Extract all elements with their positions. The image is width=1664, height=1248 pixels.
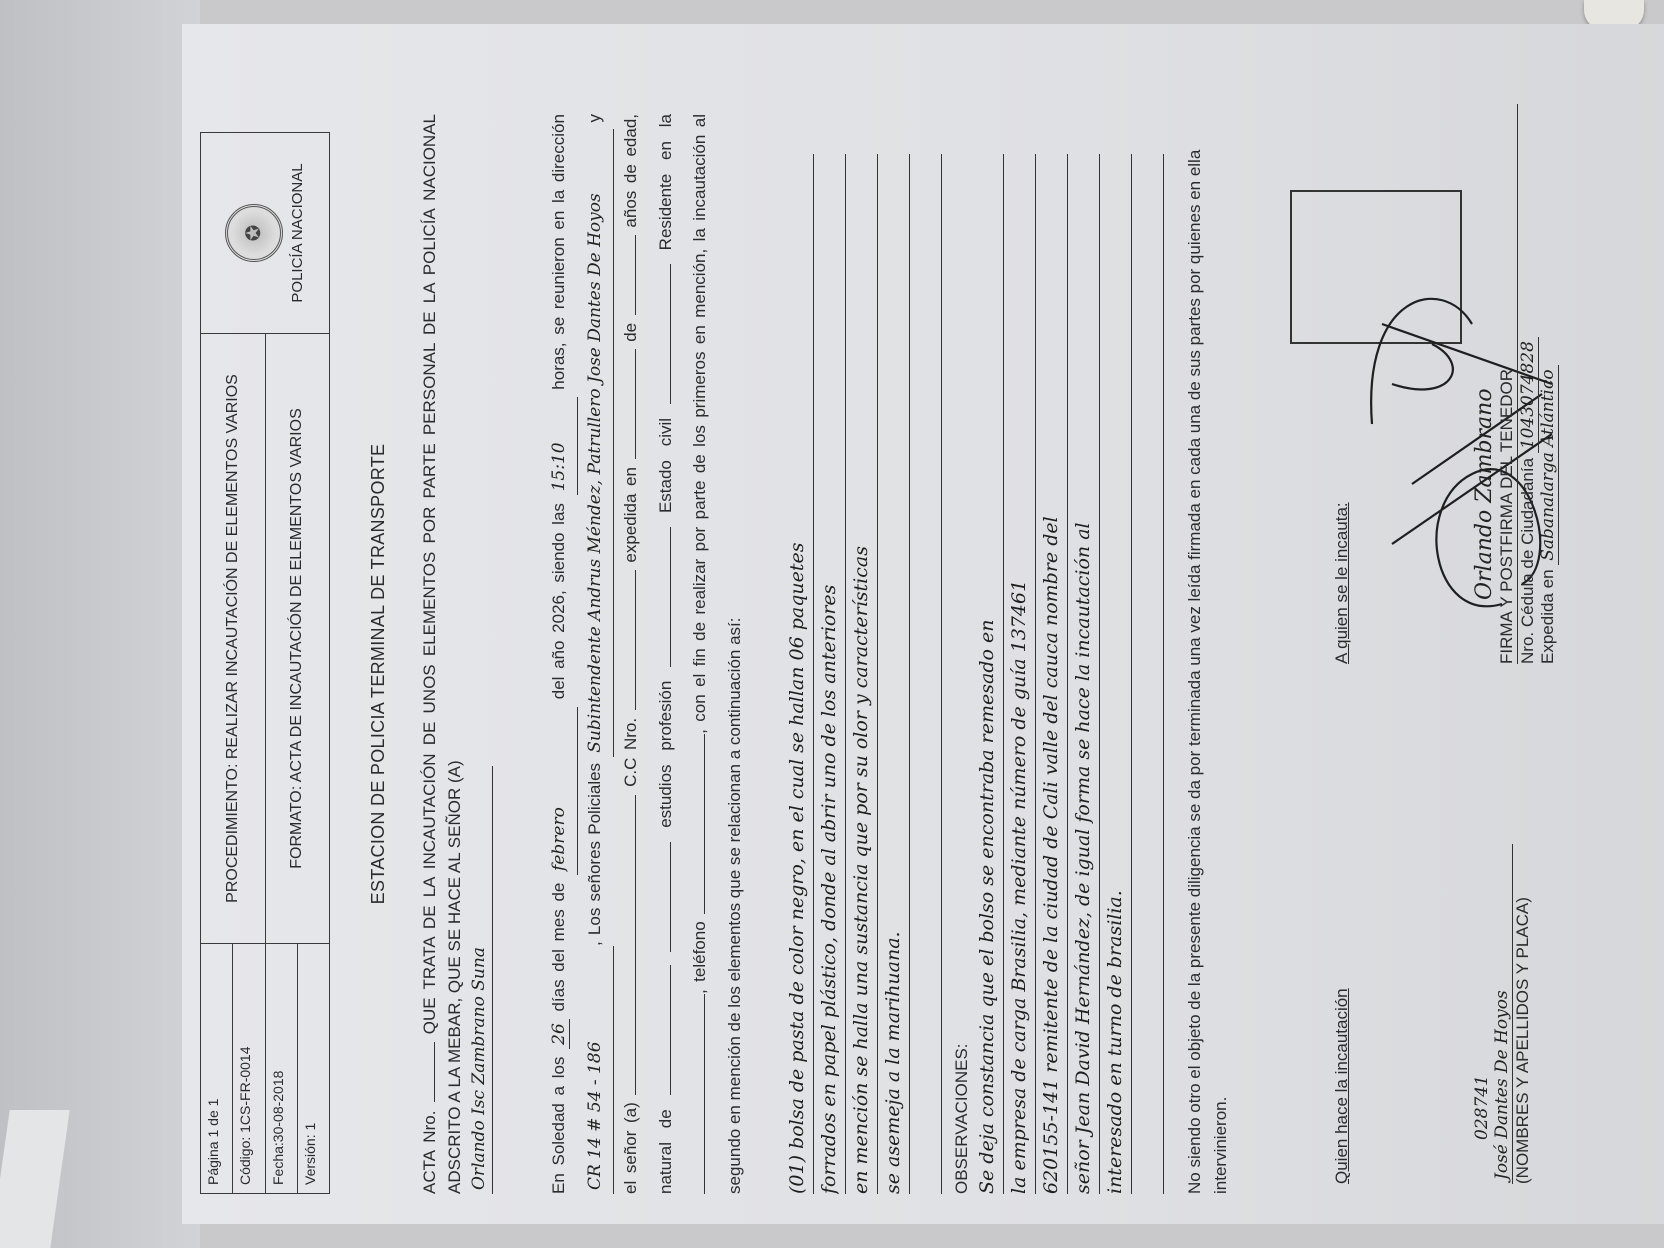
form-version: Versión: 1 (298, 944, 329, 1193)
format-title: FORMATO: ACTA DE INCAUTACIÓN DE ELEMENTO… (266, 334, 330, 943)
hour-field[interactable]: 15:10 (542, 397, 578, 495)
body-paragraph: En Soledad a los 26 días del mes de febr… (542, 114, 753, 1194)
seized-person-signed-name[interactable]: Orlando Zambrano (1472, 104, 1497, 604)
body-text: estudios (656, 764, 675, 827)
birthplace-field[interactable] (670, 965, 671, 1095)
narration-line[interactable]: (01) bolsa de pasta de color negro, en e… (782, 154, 814, 1194)
observation-line[interactable]: la empresa de carga Brasilia, mediante n… (1004, 154, 1036, 1194)
form-meta: Página 1 de 1 Código: 1CS-FR-0014 Fecha:… (201, 943, 329, 1193)
studies-field[interactable] (670, 842, 671, 952)
officers-field[interactable]: Subintendente Andrus Méndez, Patrullero … (578, 129, 614, 757)
closing-statement: No siendo otro el objeto de la presente … (1182, 134, 1233, 1194)
address-field[interactable]: CR 14 # 54 - 186 (578, 946, 614, 1194)
station-title: ESTACION DE POLICIA TERMINAL DE TRANSPOR… (368, 124, 389, 1224)
cedula-label: Nro. Cédula de Ciudadanía (1518, 458, 1537, 664)
expedida-label: Expedida en (1538, 569, 1557, 664)
body-text: profesión (656, 681, 675, 751)
procedure-title: PROCEDIMIENTO: REALIZAR INCAUTACIÓN DE E… (201, 334, 266, 943)
seized-person-name[interactable]: Orlando Isc Zambrano Suna (467, 766, 493, 1194)
form-date: Fecha:30-08-2018 (266, 944, 298, 1193)
seizure-act-form: Página 1 de 1 Código: 1CS-FR-0014 Fecha:… (182, 24, 1664, 1224)
seized-person-signature: A quien se le incauta: Orlando Zambrano … (1332, 104, 1558, 664)
age-field[interactable] (635, 235, 636, 315)
form-header: Página 1 de 1 Código: 1CS-FR-0014 Fecha:… (200, 132, 330, 1194)
body-text: Residente en la (656, 114, 675, 250)
seized-person-label: A quien se le incauta: (1332, 104, 1352, 664)
act-number-label: ACTA Nro. (420, 1111, 439, 1194)
body-text: años de edad, natural de (621, 114, 675, 1194)
body-text: horas, se reunieron en la dirección (549, 114, 568, 390)
body-text: , Los señores Policiales (585, 763, 604, 946)
narration-line[interactable]: en mención se halla una sustancia que po… (846, 154, 878, 1194)
body-text: del año 2026, siendo las (549, 503, 568, 699)
seized-items-narration: (01) bolsa de pasta de color negro, en e… (782, 154, 942, 1194)
police-shield-icon: ✪ (225, 204, 283, 262)
body-text: días del mes de (549, 883, 568, 1012)
observation-line[interactable]: señor Jean David Hernández, de igual for… (1068, 154, 1100, 1194)
seizing-officer-label: Quien hace la incautación (1332, 844, 1352, 1184)
holder-caption: FIRMA Y POSTFIRMA DEL TENEDOR (1497, 104, 1518, 664)
body-text: , teléfono (690, 921, 709, 994)
officer-caption: (NOMBRES Y APELLIDOS Y PLACA) (1513, 844, 1533, 1184)
background-surface (0, 0, 200, 1248)
institution-logo: ✪ POLICÍA NACIONAL (201, 133, 329, 333)
officer-name[interactable]: José Dantes De Hoyos (1492, 844, 1513, 1184)
page-number: Página 1 de 1 (201, 944, 233, 1193)
observations-label: OBSERVACIONES: (952, 1043, 972, 1194)
narration-line[interactable]: forrados en papel plástico, donde al abr… (814, 154, 846, 1194)
form-titles: PROCEDIMIENTO: REALIZAR INCAUTACIÓN DE E… (201, 333, 329, 943)
body-text: Estado civil (656, 418, 675, 513)
narration-line[interactable] (910, 154, 942, 1194)
observation-line[interactable] (1132, 154, 1164, 1194)
civil-status-field[interactable] (670, 264, 671, 404)
body-text: , con el fin de realizar por parte de lo… (690, 114, 744, 1194)
cedula-field[interactable]: 1043074828 (1518, 337, 1539, 453)
act-number-field[interactable] (434, 1042, 435, 1102)
seizing-officer-signature: Quien hace la incautación 028741 José Da… (1332, 844, 1533, 1184)
profession-field[interactable] (670, 527, 671, 667)
officer-plate[interactable]: 028741 (1472, 844, 1492, 1144)
body-text: En Soledad a los (549, 1057, 568, 1194)
observation-line[interactable]: 620155-141 remitente de la ciudad de Cal… (1036, 154, 1068, 1194)
body-text: expedida en (621, 467, 640, 563)
act-title-text: QUE TRATA DE LA INCAUTACIÓN DE UNOS ELEM… (420, 114, 464, 1194)
observation-line[interactable]: interesado en turno de brasilia. (1100, 154, 1132, 1194)
narration-line[interactable]: se asemeja a la marihuana. (878, 154, 910, 1194)
body-text: de (621, 323, 640, 342)
phone-field[interactable] (704, 734, 705, 914)
issued-in-field[interactable] (635, 349, 636, 459)
person-field[interactable] (635, 795, 636, 1095)
day-field[interactable]: 26 (549, 1019, 570, 1049)
residence-field[interactable] (704, 994, 705, 1194)
institution-name: POLICÍA NACIONAL (289, 163, 306, 302)
observations-lines: Se deja constancia que el bolso se encon… (972, 154, 1164, 1194)
expedida-field[interactable]: Sabanalarga Atlántico (1538, 365, 1559, 564)
observation-line[interactable]: Se deja constancia que el bolso se encon… (972, 154, 1004, 1194)
form-code: Código: 1CS-FR-0014 (233, 944, 265, 1193)
month-field[interactable]: febrero (542, 707, 578, 875)
body-text: C.C Nro. (621, 718, 640, 787)
act-title-paragraph: ACTA Nro. QUE TRATA DE LA INCAUTACIÓN DE… (418, 114, 493, 1194)
id-number-field[interactable] (635, 570, 636, 710)
